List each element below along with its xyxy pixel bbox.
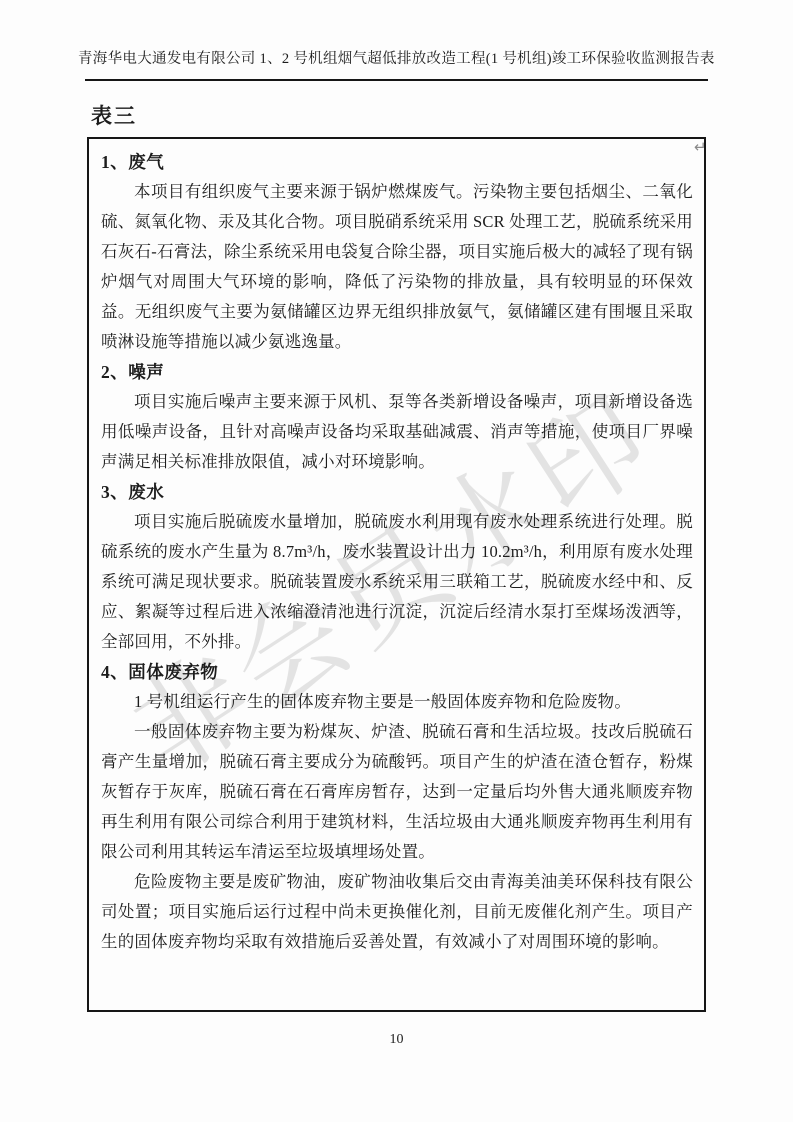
section-wastewater: 3、废水 项目实施后脱硫废水量增加，脱硫废水利用现有废水处理系统进行处理。脱硫系… — [101, 477, 693, 657]
document-page: 青海华电大通发电有限公司 1、2 号机组烟气超低排放改造工程(1 号机组)竣工环… — [0, 0, 793, 1122]
section-noise: 2、噪声 项目实施后噪声主要来源于风机、泵等各类新增设备噪声，项目新增设备选用低… — [101, 357, 693, 477]
paragraph-hazardous-waste: 危险废物主要是废矿物油，废矿物油收集后交由青海美油美环保科技有限公司处置；项目实… — [101, 867, 693, 957]
section-solid-waste: 4、固体废弃物 1 号机组运行产生的固体废弃物主要是一般固体废弃物和危险废物。 … — [101, 657, 693, 957]
paragraph-wastewater: 项目实施后脱硫废水量增加，脱硫废水利用现有废水处理系统进行处理。脱硫系统的废水产… — [101, 507, 693, 657]
header-divider-rule — [85, 79, 708, 81]
page-number: 10 — [0, 1032, 793, 1048]
section-heading-solid-waste: 4、固体废弃物 — [101, 657, 693, 687]
section-waste-gas: 1、废气 本项目有组织废气主要来源于锅炉燃煤废气。污染物主要包括烟尘、二氧化硫、… — [101, 147, 693, 357]
table-three-label: 表三 — [91, 100, 137, 130]
paragraph-general-solid-waste: 一般固体废弃物主要为粉煤灰、炉渣、脱硫石膏和生活垃圾。技改后脱硫石膏产生量增加，… — [101, 717, 693, 867]
paragraph-mark-icon: ↵ — [694, 138, 707, 156]
document-header-title: 青海华电大通发电有限公司 1、2 号机组烟气超低排放改造工程(1 号机组)竣工环… — [78, 47, 718, 68]
section-heading-waste-gas: 1、废气 — [101, 147, 693, 177]
section-heading-noise: 2、噪声 — [101, 357, 693, 387]
paragraph-noise: 项目实施后噪声主要来源于风机、泵等各类新增设备噪声，项目新增设备选用低噪声设备，… — [101, 387, 693, 477]
table-content-box: 1、废气 本项目有组织废气主要来源于锅炉燃煤废气。污染物主要包括烟尘、二氧化硫、… — [87, 137, 706, 1012]
paragraph-solid-waste-intro: 1 号机组运行产生的固体废弃物主要是一般固体废弃物和危险废物。 — [101, 687, 693, 717]
section-heading-wastewater: 3、废水 — [101, 477, 693, 507]
paragraph-waste-gas: 本项目有组织废气主要来源于锅炉燃煤废气。污染物主要包括烟尘、二氧化硫、氮氧化物、… — [101, 177, 693, 357]
